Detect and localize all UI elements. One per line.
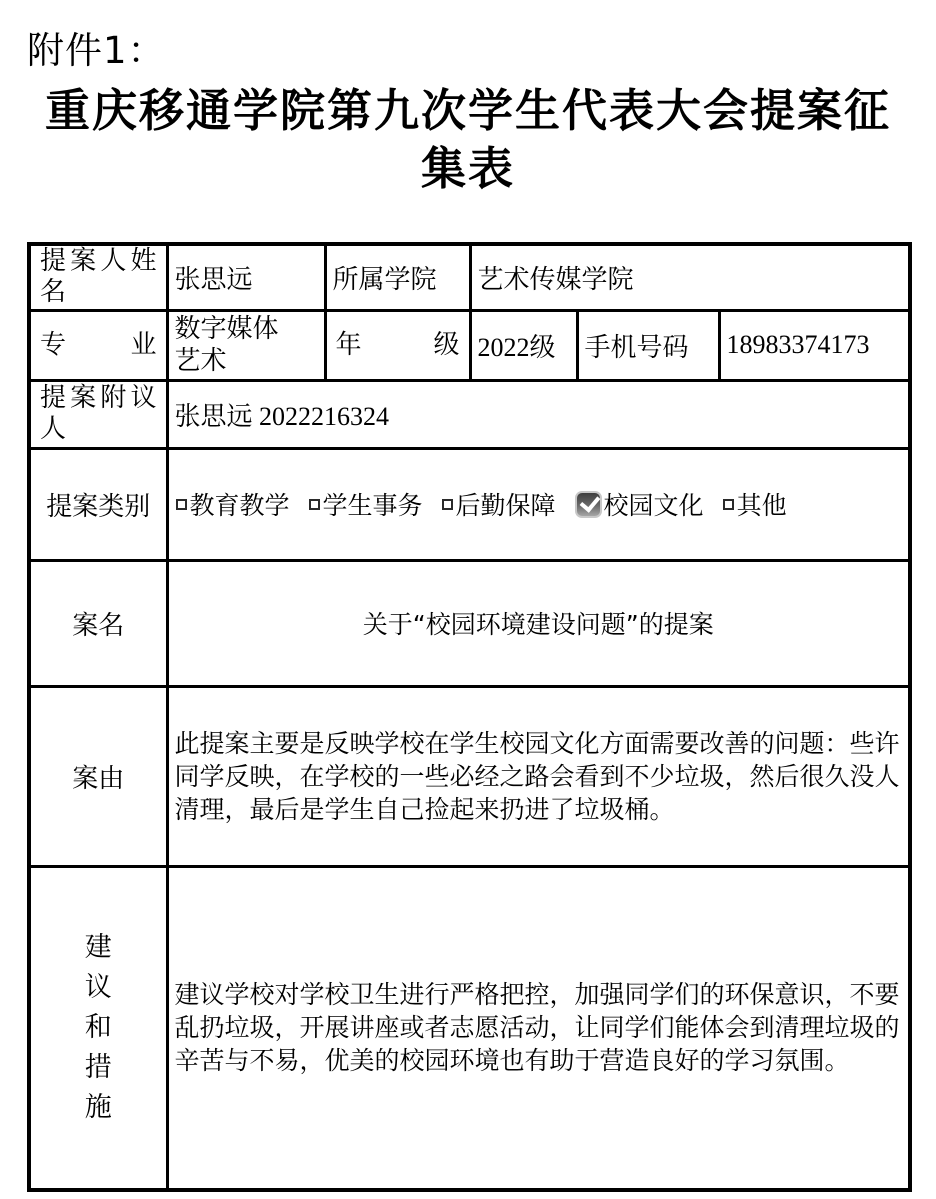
major-value: 数字媒体艺术	[175, 313, 285, 377]
proposal-form-table: 提案人姓名 张思远 所属学院 艺术传媒学院 专业 数字媒体艺术 年级 2022级…	[27, 242, 912, 1192]
suggestions-value: 建议学校对学校卫生进行严格把控，加强同学们的环保意识，不要乱扔垃圾，开展讲座或者…	[167, 866, 910, 1190]
major-value-cell: 数字媒体艺术	[167, 310, 325, 380]
phone-label: 手机号码	[577, 310, 719, 380]
checkbox-icon[interactable]	[176, 499, 187, 510]
case-name-label: 案名	[29, 560, 167, 686]
suggestions-label-cell: 建议和措施	[29, 866, 167, 1190]
category-option-label: 学生事务	[323, 486, 423, 522]
attachment-label: 附件1：	[27, 28, 166, 74]
row-major-grade-phone: 专业 数字媒体艺术 年级 2022级 手机号码 18983374173	[29, 310, 910, 380]
proposer-name-value: 张思远	[167, 244, 325, 310]
row-suggestions: 建议和措施 建议学校对学校卫生进行严格把控，加强同学们的环保意识，不要乱扔垃圾，…	[29, 866, 910, 1190]
category-option-label: 后勤保障	[456, 486, 556, 522]
seconder-label-cell: 提案附议人	[29, 380, 167, 448]
category-option-campus-culture: 校园文化	[575, 486, 704, 522]
checkbox-icon[interactable]	[723, 499, 734, 510]
grade-value: 2022级	[470, 310, 577, 380]
major-label-cell: 专业	[29, 310, 167, 380]
row-case-reason: 案由 此提案主要是反映学校在学生校园文化方面需要改善的问题：些许同学反映，在学校…	[29, 686, 910, 866]
category-option-label: 校园文化	[604, 486, 704, 522]
page-title: 重庆移通学院第九次学生代表大会提案征集表	[33, 82, 903, 198]
row-proposer: 提案人姓名 张思远 所属学院 艺术传媒学院	[29, 244, 910, 310]
category-label: 提案类别	[29, 448, 167, 560]
category-options-cell: 教育教学 学生事务 后勤保障 校园文化	[167, 448, 910, 560]
row-category: 提案类别 教育教学 学生事务 后勤保障	[29, 448, 910, 560]
seconder-value: 张思远 2022216324	[167, 380, 910, 448]
category-options: 教育教学 学生事务 后勤保障 校园文化	[175, 486, 903, 522]
checkbox-checked-icon[interactable]	[575, 491, 602, 518]
category-option-student-affairs: 学生事务	[309, 486, 423, 522]
proposer-name-label: 提案人姓名	[40, 246, 157, 308]
grade-label-cell: 年级	[325, 310, 470, 380]
case-name-value: 关于“校园环境建设问题”的提案	[167, 560, 910, 686]
college-label: 所属学院	[325, 244, 470, 310]
proposer-name-label-cell: 提案人姓名	[29, 244, 167, 310]
category-option-education: 教育教学	[176, 486, 290, 522]
suggestions-label: 建议和措施	[83, 928, 113, 1128]
checkbox-icon[interactable]	[442, 499, 453, 510]
checkbox-icon[interactable]	[309, 499, 320, 510]
major-label: 专业	[40, 330, 157, 361]
row-case-name: 案名 关于“校园环境建设问题”的提案	[29, 560, 910, 686]
category-option-logistics: 后勤保障	[442, 486, 556, 522]
case-reason-value: 此提案主要是反映学校在学生校园文化方面需要改善的问题：些许同学反映，在学校的一些…	[167, 686, 910, 866]
category-option-label: 教育教学	[190, 486, 290, 522]
grade-label: 年级	[336, 330, 460, 361]
proposal-form-page: 附件1： 重庆移通学院第九次学生代表大会提案征集表 提案人姓名 张思远 所属学院…	[0, 0, 936, 1199]
row-seconder: 提案附议人 张思远 2022216324	[29, 380, 910, 448]
college-value: 艺术传媒学院	[470, 244, 910, 310]
category-option-label: 其他	[737, 486, 787, 522]
category-option-other: 其他	[723, 486, 787, 522]
case-reason-label: 案由	[29, 686, 167, 866]
phone-value: 18983374173	[719, 310, 910, 380]
seconder-label: 提案附议人	[40, 383, 157, 445]
